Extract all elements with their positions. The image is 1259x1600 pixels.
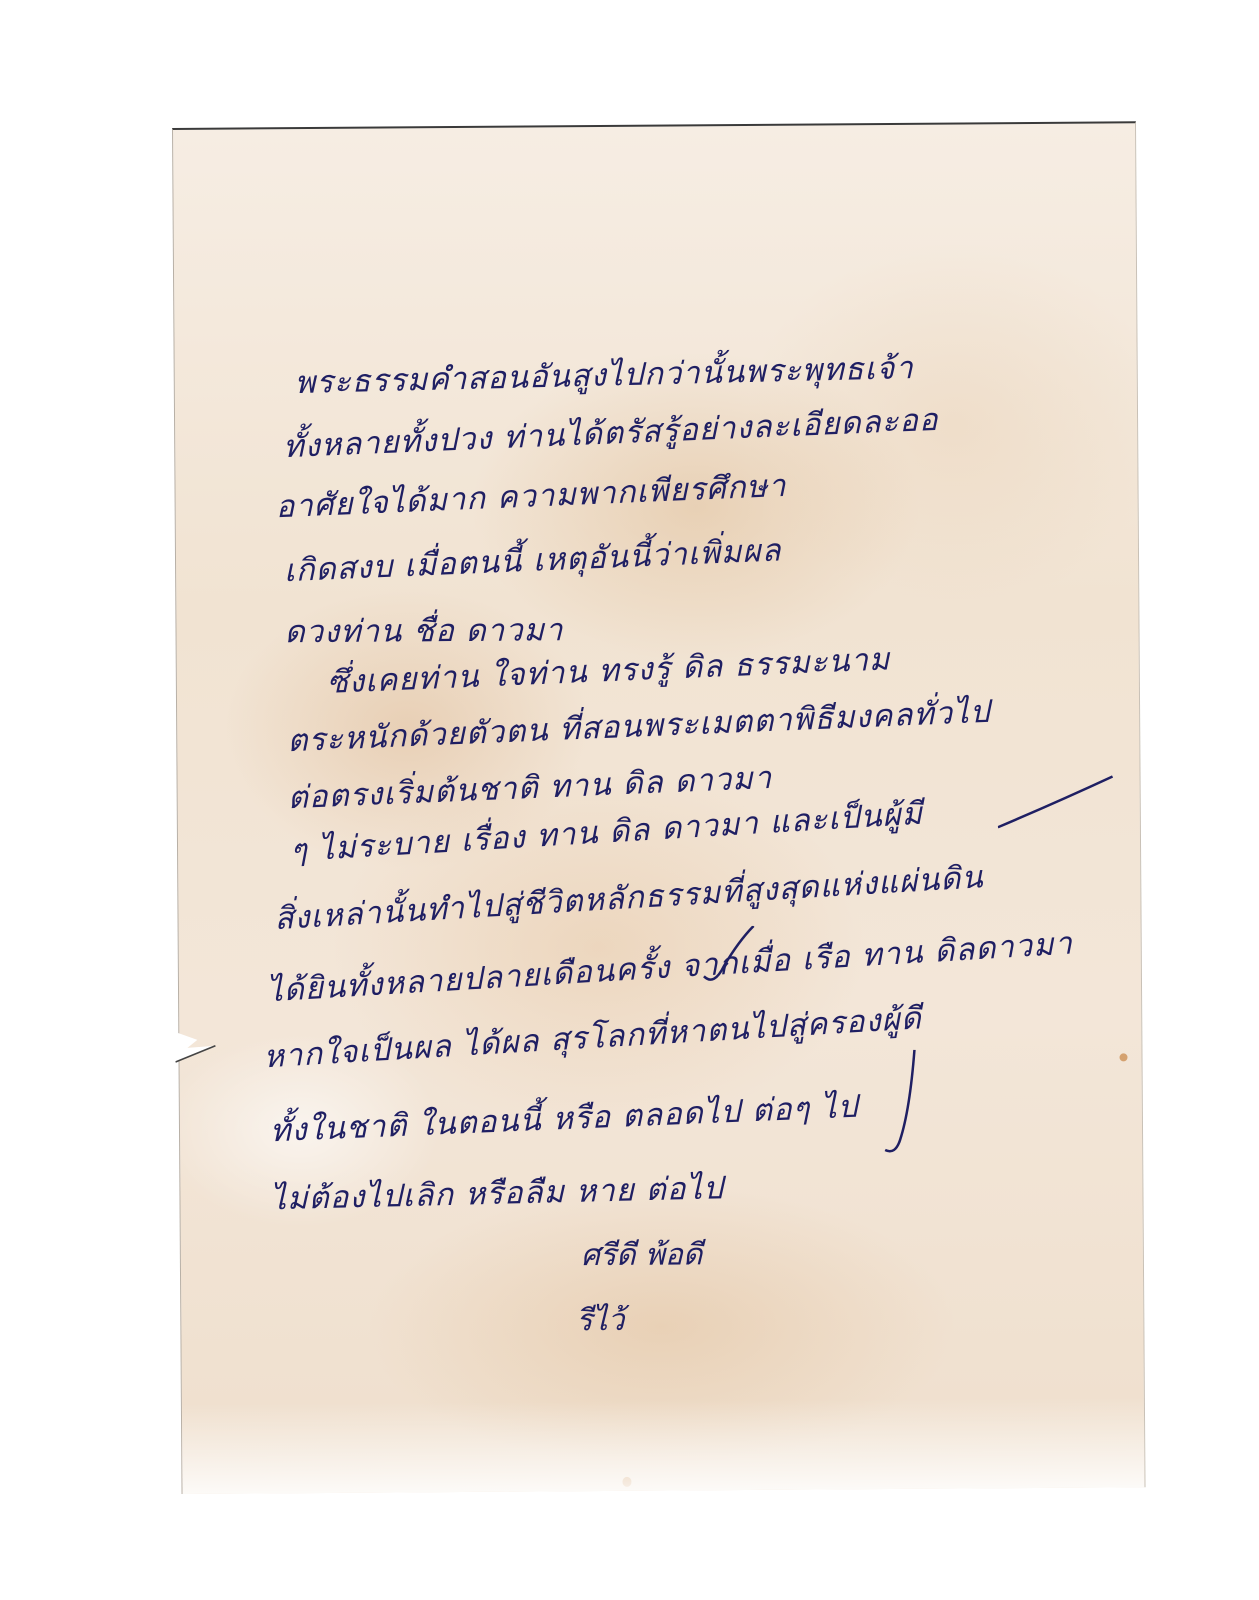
letter-paper: พระธรรมคำสอนอันสูงไปกว่านั้นพระพุทธเจ้า … [172,121,1146,1494]
signature-name: ศรีดี พ้อดี [581,1231,703,1279]
paper-bottom-fade [182,1397,1145,1494]
pen-stroke [699,926,759,996]
pen-stroke [879,1050,920,1160]
letter-line: ไม่ต้องไปเลิก หรือลืม หาย ต่อไป [270,1162,724,1223]
letter-line: พระธรรมคำสอนอันสูงไปกว่านั้นพระพุทธเจ้า [294,342,914,407]
letter-line: ทั้งในชาติ ในตอนนี้ หรือ ตลอดไป ต่อๆ ไป [269,1081,859,1156]
letter-body: พระธรรมคำสอนอันสูงไปกว่านั้นพระพุทธเจ้า … [173,123,1144,1494]
letter-line: เกิดสงบ เมื่อตนนี้ เหตุอันนี้ว่าเพิ่มผล [283,524,782,595]
pen-stroke [998,771,1118,832]
letter-line: ทั้งหลายทั้งปวง ท่านได้ตรัสรู้อย่างละเอี… [282,394,939,471]
signature-closing: รีไว้ [576,1297,624,1344]
letter-line: อาศัยใจได้มาก ความพากเพียรศึกษา [275,460,788,531]
